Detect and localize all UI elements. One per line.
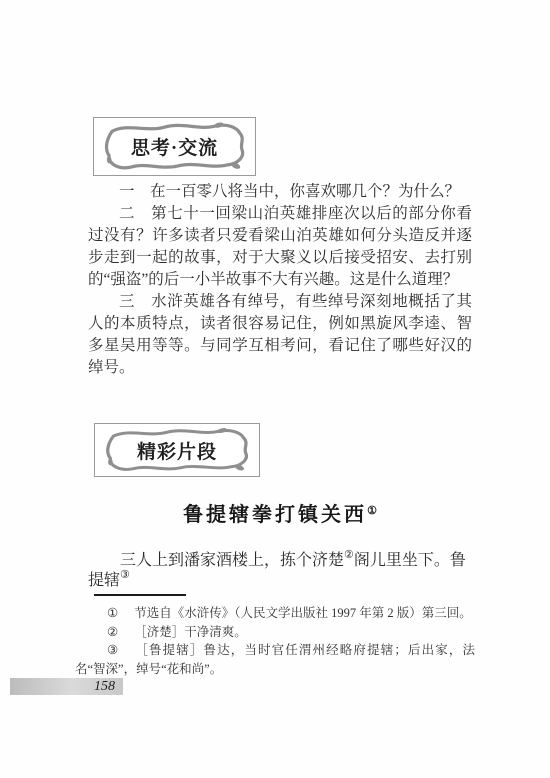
footnote-separator (94, 594, 186, 596)
section-box-think: 思考·交流 (93, 117, 256, 176)
excerpt-box-label: 精彩片段 (95, 424, 259, 476)
footnote-1: ①节选自《水浒传》（人民文学出版社 1997 年第 2 版）第三回。 (75, 604, 475, 623)
think-box-label: 思考·交流 (94, 118, 255, 175)
page-number: 158 (94, 679, 115, 695)
footnote-ref-3: ③ (120, 569, 130, 581)
textbook-page: 思考·交流 一 在一百零八将当中，你喜欢哪几个？为什么？ 二 第七十一回梁山泊英… (0, 0, 550, 778)
section-box-excerpt: 精彩片段 (94, 423, 260, 477)
question-3: 三 水浒英雄各有绰号，有些绰号深刻地概括了其人的本质特点，读者很容易记住，例如黑… (88, 291, 472, 379)
footnote-2-number: ② (107, 625, 118, 639)
excerpt-first-line: 三人上到潘家酒楼上，拣个济楚②阁儿里坐下。鲁提辖③ (88, 551, 480, 591)
question-1: 一 在一百零八将当中，你喜欢哪几个？为什么？ (88, 181, 472, 203)
questions-block: 一 在一百零八将当中，你喜欢哪几个？为什么？ 二 第七十一回梁山泊英雄排座次以后… (88, 181, 472, 379)
excerpt-title: 鲁提辖拳打镇关西① (88, 498, 472, 527)
footnote-3: ③［鲁提辖］鲁达，当时官任渭州经略府提辖；后出家，法名“智深”，绰号“花和尚”。 (75, 641, 475, 678)
excerpt-text-1: 三人上到潘家酒楼上，拣个济楚 (120, 552, 344, 569)
footnotes-block: ①节选自《水浒传》（人民文学出版社 1997 年第 2 版）第三回。 ②［济楚］… (75, 604, 475, 678)
footnote-ref-1: ① (367, 505, 377, 517)
footnote-3-number: ③ (107, 643, 119, 657)
excerpt-title-text: 鲁提辖拳打镇关西 (183, 504, 367, 526)
footnote-2: ②［济楚］干净清爽。 (75, 623, 475, 642)
question-2: 二 第七十一回梁山泊英雄排座次以后的部分你看过没有？许多读者只爱看梁山泊英雄如何… (88, 203, 472, 291)
footnote-1-text: 节选自《水浒传》（人民文学出版社 1997 年第 2 版）第三回。 (134, 606, 472, 620)
footnote-2-text: ［济楚］干净清爽。 (134, 625, 247, 639)
footnote-1-number: ① (107, 606, 118, 620)
page-number-bar: 158 (10, 678, 123, 695)
footnote-ref-2: ② (344, 549, 354, 561)
footnote-3-text: ［鲁提辖］鲁达，当时官任渭州经略府提辖；后出家，法名“智深”，绰号“花和尚”。 (75, 643, 475, 676)
